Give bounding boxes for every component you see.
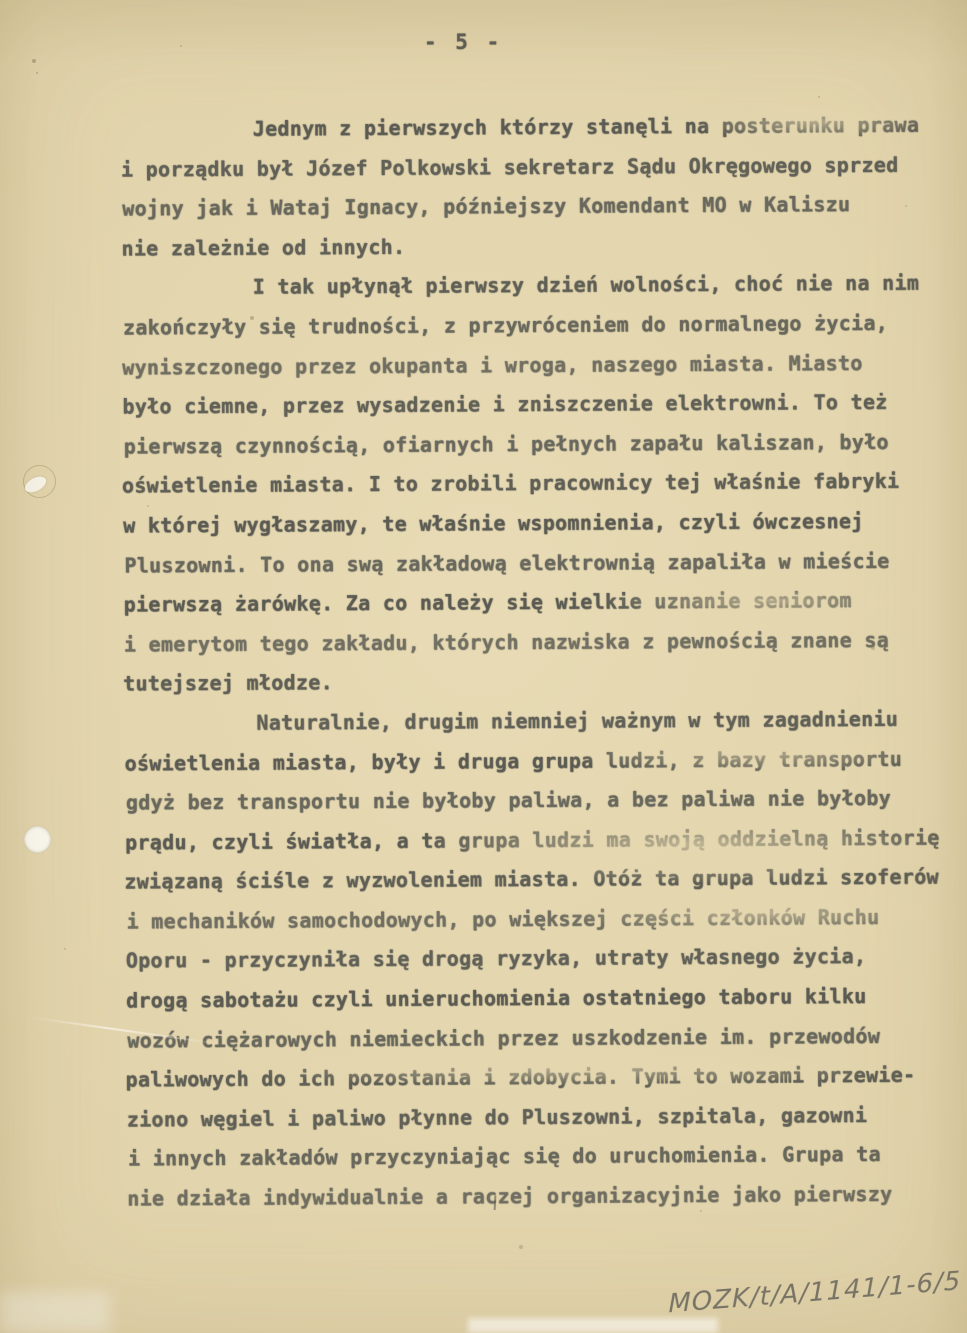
archival-reference-handwritten: MOZK/t/A/1141/1-6/5	[668, 1267, 957, 1320]
text-line: wozów ciężarowych niemieckich przez uszk…	[127, 1016, 955, 1061]
text-line: związaną ściśle z wyzwoleniem miasta. Ot…	[124, 858, 952, 903]
text-line: Naturalnie, drugim niemniej ważnym w tym…	[124, 699, 952, 744]
text-line: prądu, czyli światła, a ta grupa ludzi m…	[125, 818, 953, 863]
text-line: zakończyły się trudności, z przywrócenie…	[123, 303, 951, 348]
text-line: oświetlenia miasta, były i druga grupa l…	[124, 739, 952, 784]
text-line: i porządku był Józef Polkowski sekretarz…	[121, 145, 949, 190]
paper-specks	[0, 0, 2, 2]
text-line: w której wygłaszamy, te właśnie wspomnie…	[123, 501, 951, 546]
text-line: wyniszczonego przez okupanta i wroga, na…	[122, 343, 950, 388]
hole-punch-torn	[23, 465, 56, 498]
text-line: ziono węgiel i paliwo płynne do Pluszown…	[127, 1095, 955, 1140]
text-line: pierwszą żarówkę. Za co należy się wielk…	[124, 581, 952, 626]
text-line: gdyż bez transportu nie byłoby paliwa, a…	[126, 779, 954, 824]
text-line: drogą sabotażu czyli unieruchomienia ost…	[126, 977, 954, 1022]
page-corner-highlight	[0, 1292, 110, 1333]
text-line: tutejszej młodze.	[123, 660, 951, 705]
scanned-document-page: - 5 - Jednym z pierwszych którzy stanęli…	[0, 0, 967, 1333]
text-line: i mechaników samochodowych, po większej …	[126, 897, 954, 942]
text-line: oświetlenie miasta. I to zrobili pracown…	[122, 462, 950, 507]
text-line: i emerytom tego zakładu, których nazwisk…	[124, 620, 952, 665]
text-line: paliwowych do ich pozostania i zdobycia.…	[125, 1056, 953, 1101]
hole-punch-flap	[22, 473, 48, 495]
hole-punch	[24, 826, 51, 853]
text-line: nie zależnie od innych.	[121, 224, 949, 269]
page-number: - 5 -	[424, 30, 502, 54]
text-line: Oporu - przyczyniła się drogą ryzyka, ut…	[126, 937, 954, 982]
text-line: Jednym z pierwszych którzy stanęli na po…	[121, 105, 949, 150]
text-line: nie działa indywidualnie a raczej organi…	[127, 1174, 955, 1219]
text-line: było ciemne, przez wysadzenie i zniszcze…	[122, 383, 950, 428]
text-line: I tak upłynął pierwszy dzień wolności, c…	[121, 264, 949, 309]
typewritten-text: Jednym z pierwszych którzy stanęli na po…	[121, 105, 956, 1219]
text-line: pierwszą czynnością, ofiarnych i pełnych…	[124, 422, 952, 467]
text-line: wojny jak i Wataj Ignacy, późniejszy Kom…	[122, 185, 950, 230]
page-bottom-edge-highlight	[468, 1318, 718, 1333]
text-line: i innych zakładów przyczyniając się do u…	[128, 1135, 956, 1180]
text-line: Pluszowni. To ona swą zakładową elektrow…	[124, 541, 952, 586]
